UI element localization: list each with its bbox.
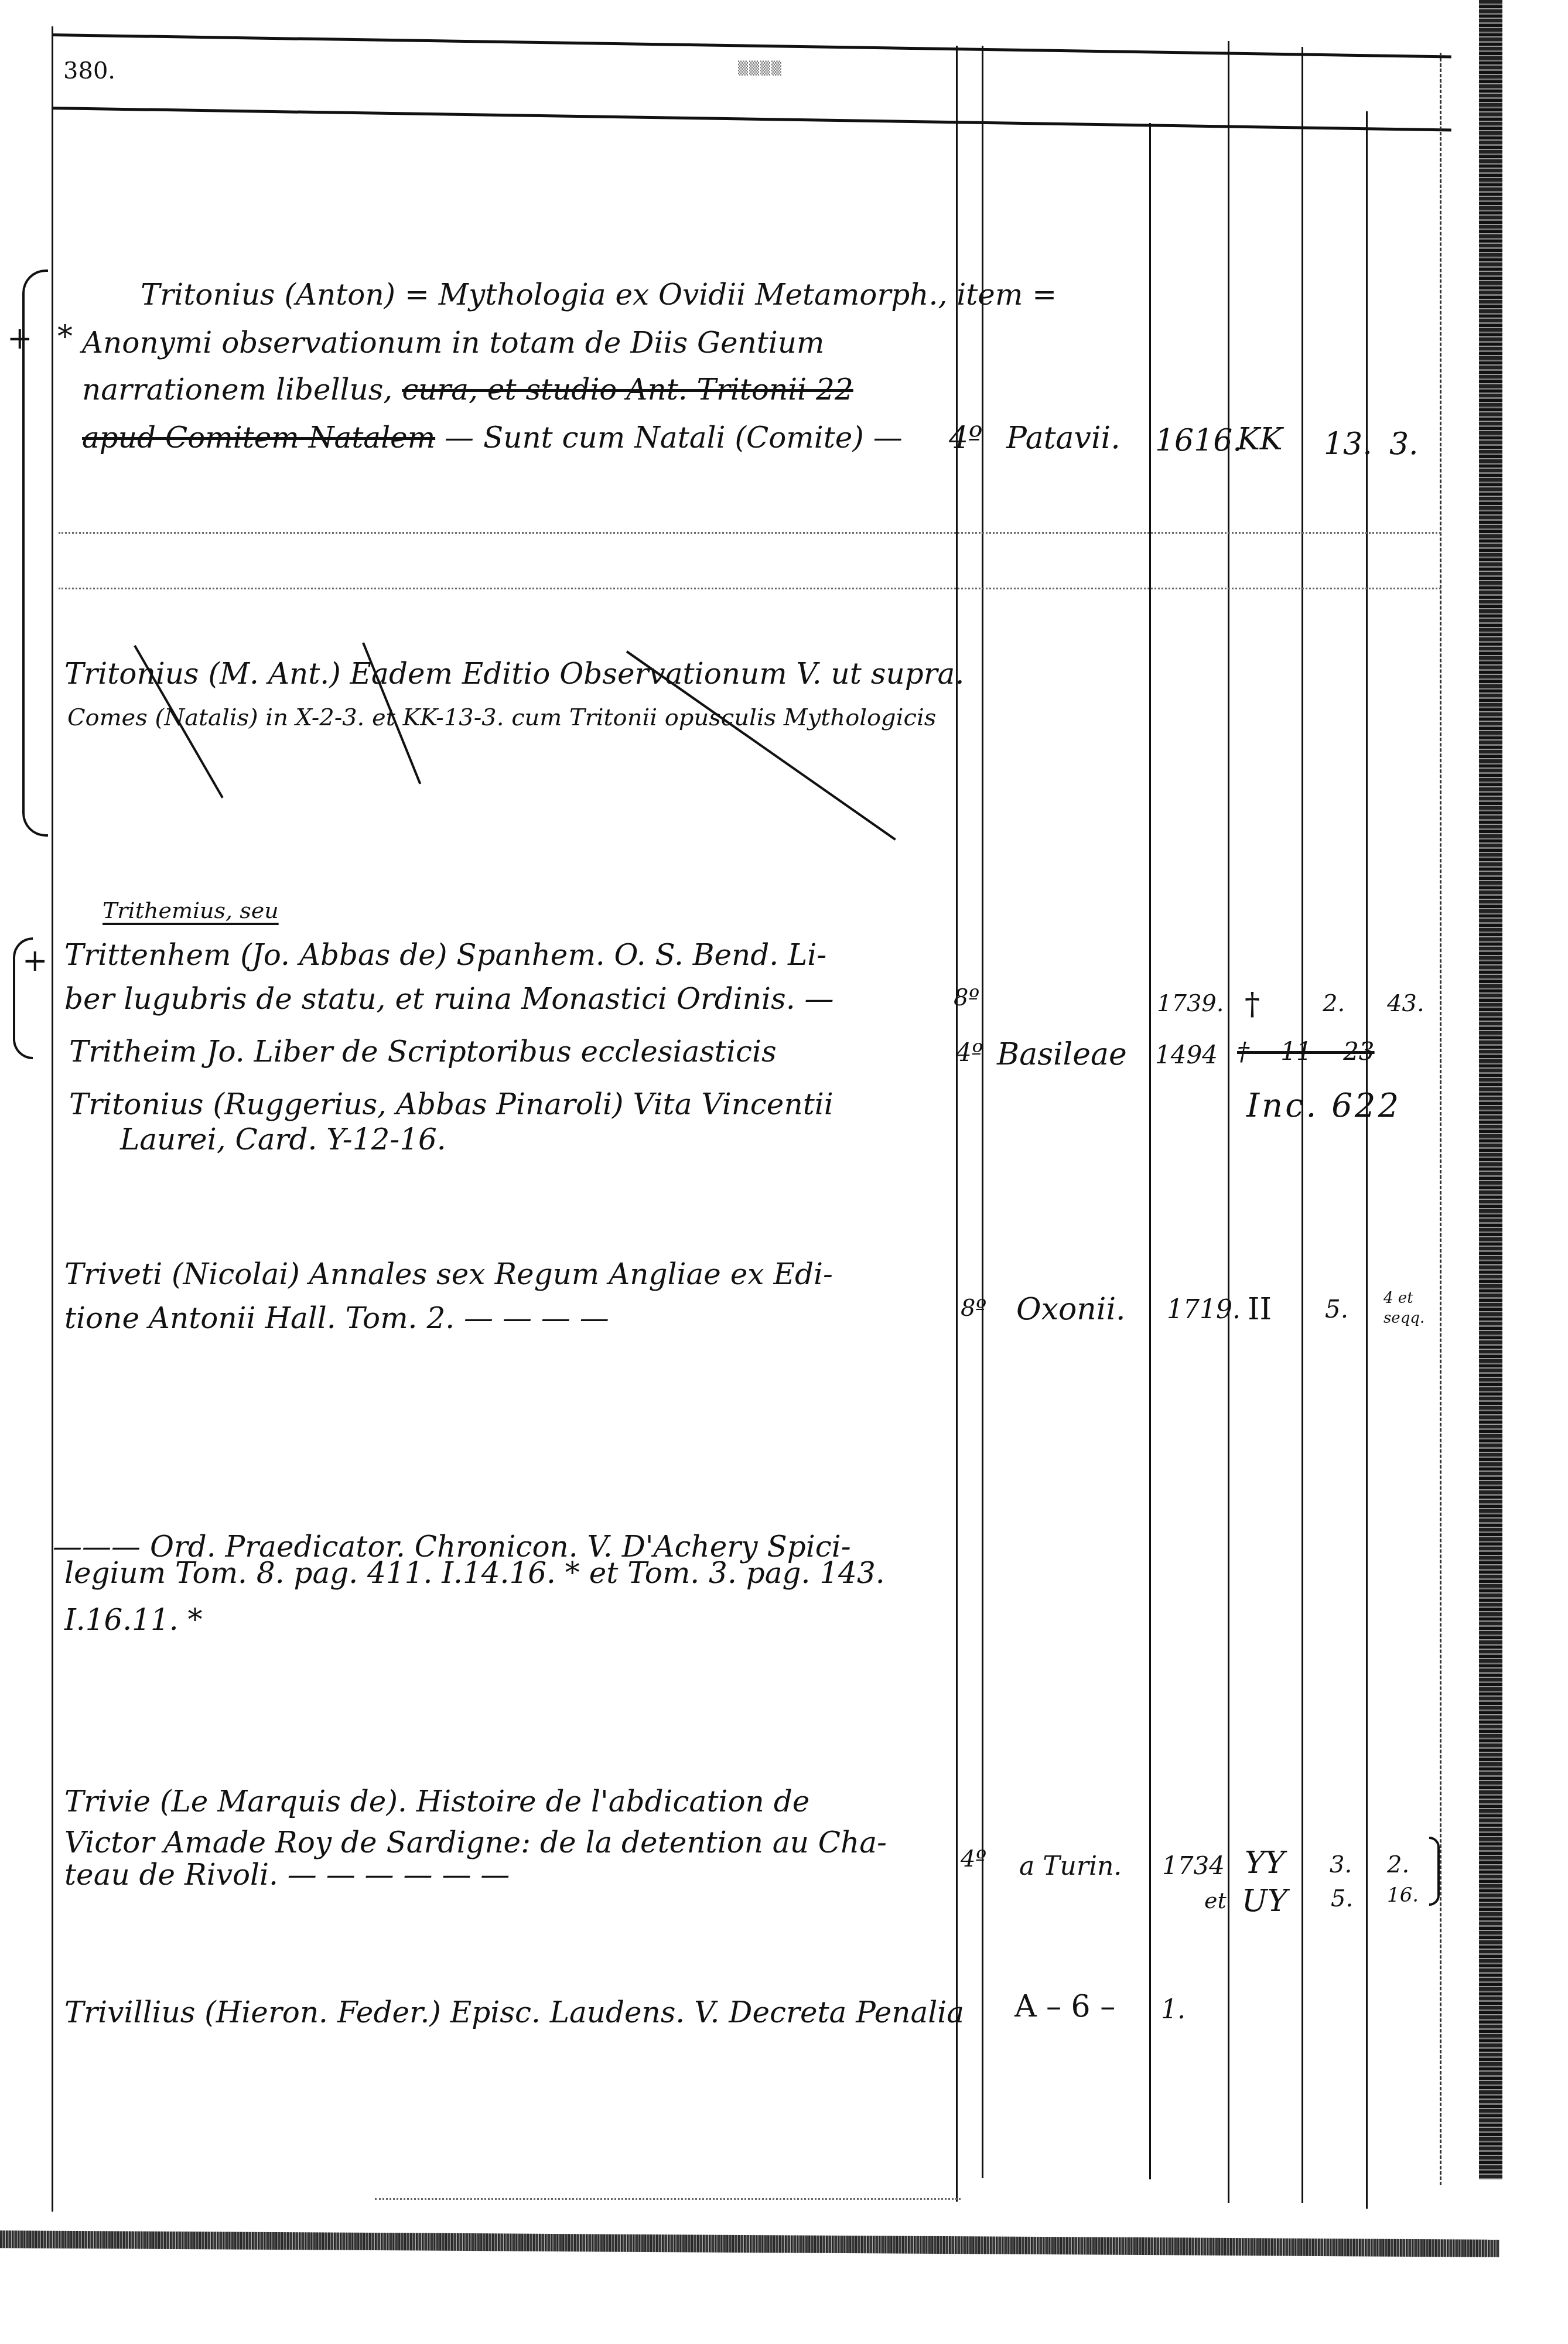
entry-line: Trivie (Le Marquis de). Histoire de l'ab… [64, 1787, 809, 1816]
shelf-cell: † [1245, 987, 1260, 1022]
year-cell: 1739. [1157, 990, 1224, 1017]
alt-shelf-no-cell: 5. [1331, 1885, 1353, 1912]
entry-line: Tritonius (Anton) = Mythologia ex Ovidii… [141, 280, 1057, 309]
entry-text: narrationem libellus, [82, 373, 392, 407]
margin-cross-mark: + [22, 943, 48, 978]
shelf-no-cell: 13. [1324, 427, 1372, 462]
entry-line: Triveti (Nicolai) Annales sex Regum Angl… [64, 1260, 833, 1289]
struck-text: cura, et studio Ant. Tritonii 22 [402, 373, 853, 407]
shelf-cell: KK [1237, 422, 1283, 457]
left-margin-rule [52, 26, 53, 2212]
position-cell: 43. [1387, 990, 1424, 1017]
format-cell: 8º [961, 1295, 986, 1322]
shelf-cell: II [1248, 1292, 1272, 1327]
library-stamp: ▒▒▒▒ [738, 62, 783, 76]
entry-line: narrationem libellus, cura, et studio An… [82, 375, 853, 404]
header-bottom-rule [52, 107, 1451, 132]
year-cell: 1. [1161, 1995, 1186, 2025]
catalog-page: 380. ▒▒▒▒ + * Tritonius (Anton) = Mythol… [0, 0, 1568, 2344]
place-cell: Patavii. [1006, 421, 1121, 456]
year-cell: 1616. [1155, 423, 1242, 458]
entry-line: Victor Amade Roy de Sardigne: de la dete… [64, 1828, 887, 1857]
col-rule-year-right [1228, 41, 1229, 2203]
col-rule-place-right [1149, 123, 1151, 2179]
col-rule-format-left [956, 46, 958, 2202]
right-brace [1429, 1837, 1440, 1906]
entry-line: Trittenhem (Jo. Abbas de) Spanhem. O. S.… [64, 940, 826, 970]
entry-line: Laurei, Card. Y-12-16. [120, 1125, 446, 1154]
shelf-no-cell: 5. [1325, 1295, 1348, 1323]
entry-text: — Sunt cum Natali (Comite) — [445, 421, 903, 455]
year-cell: 1734 [1162, 1851, 1225, 1880]
entry-line: I.16.11. * [64, 1605, 203, 1635]
position-cell: 2. [1387, 1851, 1409, 1878]
place-cell: Basileae [997, 1037, 1127, 1072]
header-top-rule [52, 33, 1451, 59]
entry-line: legium Tom. 8. pag. 411. I.14.16. * et T… [64, 1558, 885, 1588]
format-cell: 4º [961, 1845, 986, 1872]
entry-line: Tritonius (M. Ant.) Eadem Editio Observa… [64, 659, 964, 688]
position-cell: 3. [1389, 427, 1419, 462]
margin-asterisk-mark: * [57, 319, 73, 354]
place-cell: Oxonii. [1016, 1292, 1126, 1327]
page-number: 380. [63, 57, 115, 84]
alt-position-cell: 16. [1387, 1884, 1419, 1907]
entry-text: Trithemius, seu [103, 898, 279, 923]
entry-line: Anonymi observationum in totam de Diis G… [82, 328, 824, 357]
entry-line: Trithemius, seu [103, 899, 279, 922]
alt-shelf-cell: UY [1242, 1884, 1287, 1919]
place-cell: A – 6 – [1014, 1989, 1115, 2024]
format-cell: 4º [956, 1038, 983, 1067]
struck-text: apud Comitem Natalem [82, 421, 435, 455]
page-bottom-edge [0, 2230, 1499, 2257]
place-cell: a Turin. [1019, 1851, 1122, 1881]
year-cell: 1494 [1155, 1040, 1218, 1069]
page-binding-edge [1479, 0, 1502, 2179]
entry-line: Tritonius (Ruggerius, Abbas Pinaroli) Vi… [69, 1090, 833, 1119]
shelf-cell: Inc. 622 [1246, 1087, 1401, 1125]
format-cell: 4º [949, 421, 983, 456]
entry-line: ber lugubris de statu, et ruina Monastic… [64, 984, 833, 1014]
row-separator [59, 588, 1441, 589]
margin-cross-mark: + [7, 321, 33, 356]
year-cell: 1719. [1167, 1295, 1241, 1325]
row-separator [59, 532, 1441, 534]
entry-line: tione Antonii Hall. Tom. 2. — — — — [64, 1304, 609, 1333]
col-rule-shelf-right [1301, 47, 1303, 2203]
struck-shelfmark: † 11 23 [1237, 1037, 1375, 1066]
position-cell: 4 et seqq. [1383, 1289, 1424, 1329]
entry-line: apud Comitem Natalem — Sunt cum Natali (… [82, 423, 903, 452]
shelf-no-cell: 3. [1330, 1851, 1352, 1878]
entry-line: teau de Rivoli. — — — — — — [64, 1860, 510, 1889]
col-rule-shelfno-right [1366, 111, 1368, 2209]
format-cell: 8º [954, 984, 979, 1011]
shelf-no-cell: 2. [1323, 990, 1345, 1017]
shelf-cell: YY [1245, 1845, 1285, 1881]
entry-line: Tritheim Jo. Liber de Scriptoribus eccle… [69, 1037, 777, 1066]
row-separator [375, 2198, 961, 2200]
entry-line: Trivillius (Hieron. Feder.) Episc. Laude… [64, 1998, 964, 2027]
alt-prefix: et [1204, 1888, 1227, 1913]
entry-line: Comes (Natalis) in X-2-3. et KK-13-3. cu… [67, 706, 936, 729]
col-rule-position-right [1440, 53, 1441, 2185]
